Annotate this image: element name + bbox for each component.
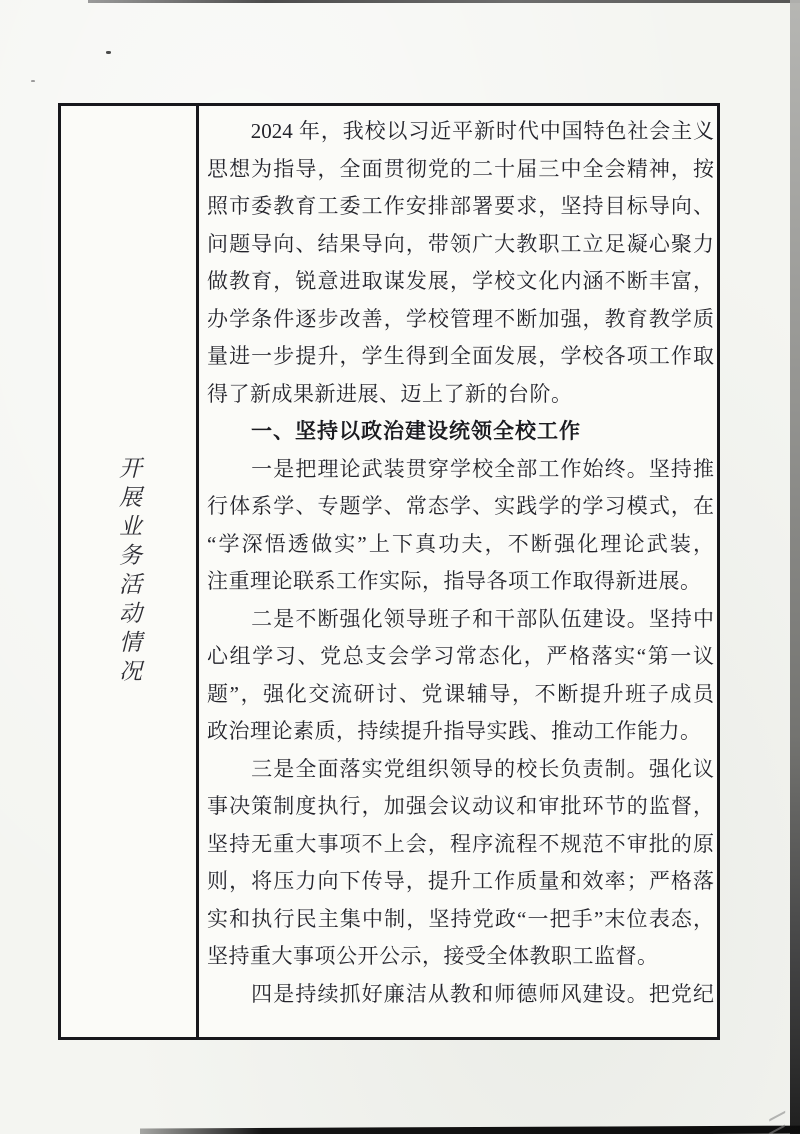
text-line: 行体系学、专题学、常态学、实践学的学习模式，在: [207, 488, 714, 526]
text-line: 政治理论素质，持续提升指导实践、推动工作能力。: [207, 713, 714, 751]
section-heading: 一、坚持以政治建设统领全校工作: [207, 413, 714, 451]
row-content-cell: 2024 年，我校以习近平新时代中国特色社会主义 思想为指导，全面贯彻党的二十届…: [199, 106, 717, 1037]
text-line: 问题导向、结果导向，带领广大教职工立足凝心聚力: [207, 226, 714, 264]
scanned-page: 开展业务活动情况 2024 年，我校以习近平新时代中国特色社会主义 思想为指导，…: [0, 0, 800, 1134]
business-activities-row-label: 开展业务活动情况: [112, 456, 145, 688]
text-line: 照市委教育工委工作安排部署要求，坚持目标导向、: [207, 188, 714, 226]
scan-edge-bottom: [140, 1126, 800, 1134]
scan-speck: [106, 51, 111, 54]
text-line: 思想为指导，全面贯彻党的二十届三中全会精神，按: [207, 151, 714, 189]
scan-edge-top: [88, 0, 800, 3]
row-label-cell: 开展业务活动情况: [61, 106, 199, 1037]
text-line: 坚持无重大事项不上会，程序流程不规范不审批的原: [207, 826, 714, 864]
text-line: 办学条件逐步改善，学校管理不断加强，教育教学质: [207, 301, 714, 339]
text-line: “学深悟透做实”上下真功夫，不断强化理论武装，: [207, 526, 714, 564]
text-line: 得了新成果新进展、迈上了新的台阶。: [207, 376, 714, 414]
text-line: 实和执行民主集中制，坚持党政“一把手”末位表态，: [207, 901, 714, 939]
text-line: 心组学习、党总支会学习常态化，严格落实“第一议: [207, 638, 714, 676]
text-line: 二是不断强化领导班子和干部队伍建设。坚持中: [207, 601, 714, 639]
text-line: 四是持续抓好廉洁从教和师德师风建设。把党纪: [207, 976, 714, 1014]
text-line: 则，将压力向下传导，提升工作质量和效率；严格落: [207, 863, 714, 901]
scan-edge-right: [790, 0, 800, 1134]
text-line: 题”，强化交流研讨、党课辅导，不断提升班子成员: [207, 676, 714, 714]
text-line: 量进一步提升，学生得到全面发展，学校各项工作取: [207, 338, 714, 376]
text-line: 坚持重大事项公开公示，接受全体教职工监督。: [207, 938, 714, 976]
text-line: 2024 年，我校以习近平新时代中国特色社会主义: [207, 113, 714, 151]
text-line: 做教育，锐意进取谋发展，学校文化内涵不断丰富，: [207, 263, 714, 301]
text-line: 注重理论联系工作实际，指导各项工作取得新进展。: [207, 563, 714, 601]
scan-speck: [31, 80, 35, 82]
text-line: 事决策制度执行，加强会议动议和审批环节的监督，: [207, 788, 714, 826]
text-line: 三是全面落实党组织领导的校长负责制。强化议: [207, 751, 714, 789]
form-table: 开展业务活动情况 2024 年，我校以习近平新时代中国特色社会主义 思想为指导，…: [58, 103, 720, 1040]
text-line: 一是把理论武装贯穿学校全部工作始终。坚持推: [207, 451, 714, 489]
